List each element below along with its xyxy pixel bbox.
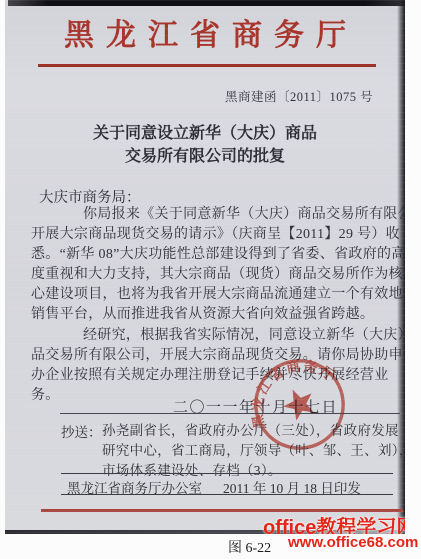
document-title: 关于同意设立新华（大庆）商品 交易所有限公司的批复 [5, 122, 405, 168]
cc-line: 研究中心，省工商局，厅领导（叶、邹、王、刘）， [102, 441, 405, 461]
salutation: 大庆市商务局： [39, 186, 141, 207]
body-line: 品交易所有限公司，开展大宗商品现货交易。请你局协助申 [31, 346, 405, 366]
body-line: 办企业按照有关规定办理注册登记手续并尽快开展经营业 [31, 366, 405, 386]
scanned-document: 黑龙江省商务厅 黑商建函〔2011〕1075 号 关于同意设立新华（大庆）商品 … [5, 0, 405, 534]
seal-star-icon [278, 383, 319, 423]
body-text: 你局报来《关于同意新华（大庆）商品交易所有限公司 开展大宗商品现货交易的请示》（… [31, 205, 405, 406]
date-rule [60, 413, 400, 414]
body-line: 你局报来《关于同意新华（大庆）商品交易所有限公司 [31, 205, 405, 225]
cc-label: 抄送： [61, 421, 102, 441]
figure-caption: 图 6-22 [228, 537, 271, 557]
body-line: 销售平台，从而推进我省从资源大省向效益强省跨越。 [31, 305, 405, 325]
photo-top-edge [8, 0, 405, 6]
cc-list: 孙尧副省长，省政府办公厅（三处），省政府发展 研究中心，省工商局，厅领导（叶、邹… [102, 421, 405, 481]
body-line: 心建设项目，也将为我省开展大宗商品流通建立一个有效地 [31, 285, 405, 305]
cc-rule [61, 473, 393, 474]
watermark-site-name: office教程学习网 [263, 511, 405, 534]
footer-rule [61, 494, 393, 495]
letterhead-agency: 黑龙江省商务厅 [5, 19, 405, 53]
body-line: 度重视和大力支持，其大宗商品（现货）商品交易所作为核 [31, 265, 405, 285]
body-line: 悉。“新华 08”大庆功能性总部建设得到了省委、省政府的高 [31, 245, 405, 265]
document-number: 黑商建函〔2011〕1075 号 [225, 87, 373, 105]
body-line: 开展大宗商品现货交易的请示》（庆商呈【2011】29 号）收 [31, 225, 405, 245]
letterhead-rule [38, 64, 376, 67]
cc-line: 孙尧副省长，省政府办公厅（三处），省政府发展 [102, 421, 405, 441]
document-title-line2: 交易所有限公司的批复 [5, 145, 405, 168]
body-line: 经研究，根据我省实际情况，同意设立新华（大庆）商 [31, 326, 405, 346]
watermark-site-url: www.office68.com [288, 534, 418, 551]
document-title-line1: 关于同意设立新华（大庆）商品 [5, 122, 405, 145]
